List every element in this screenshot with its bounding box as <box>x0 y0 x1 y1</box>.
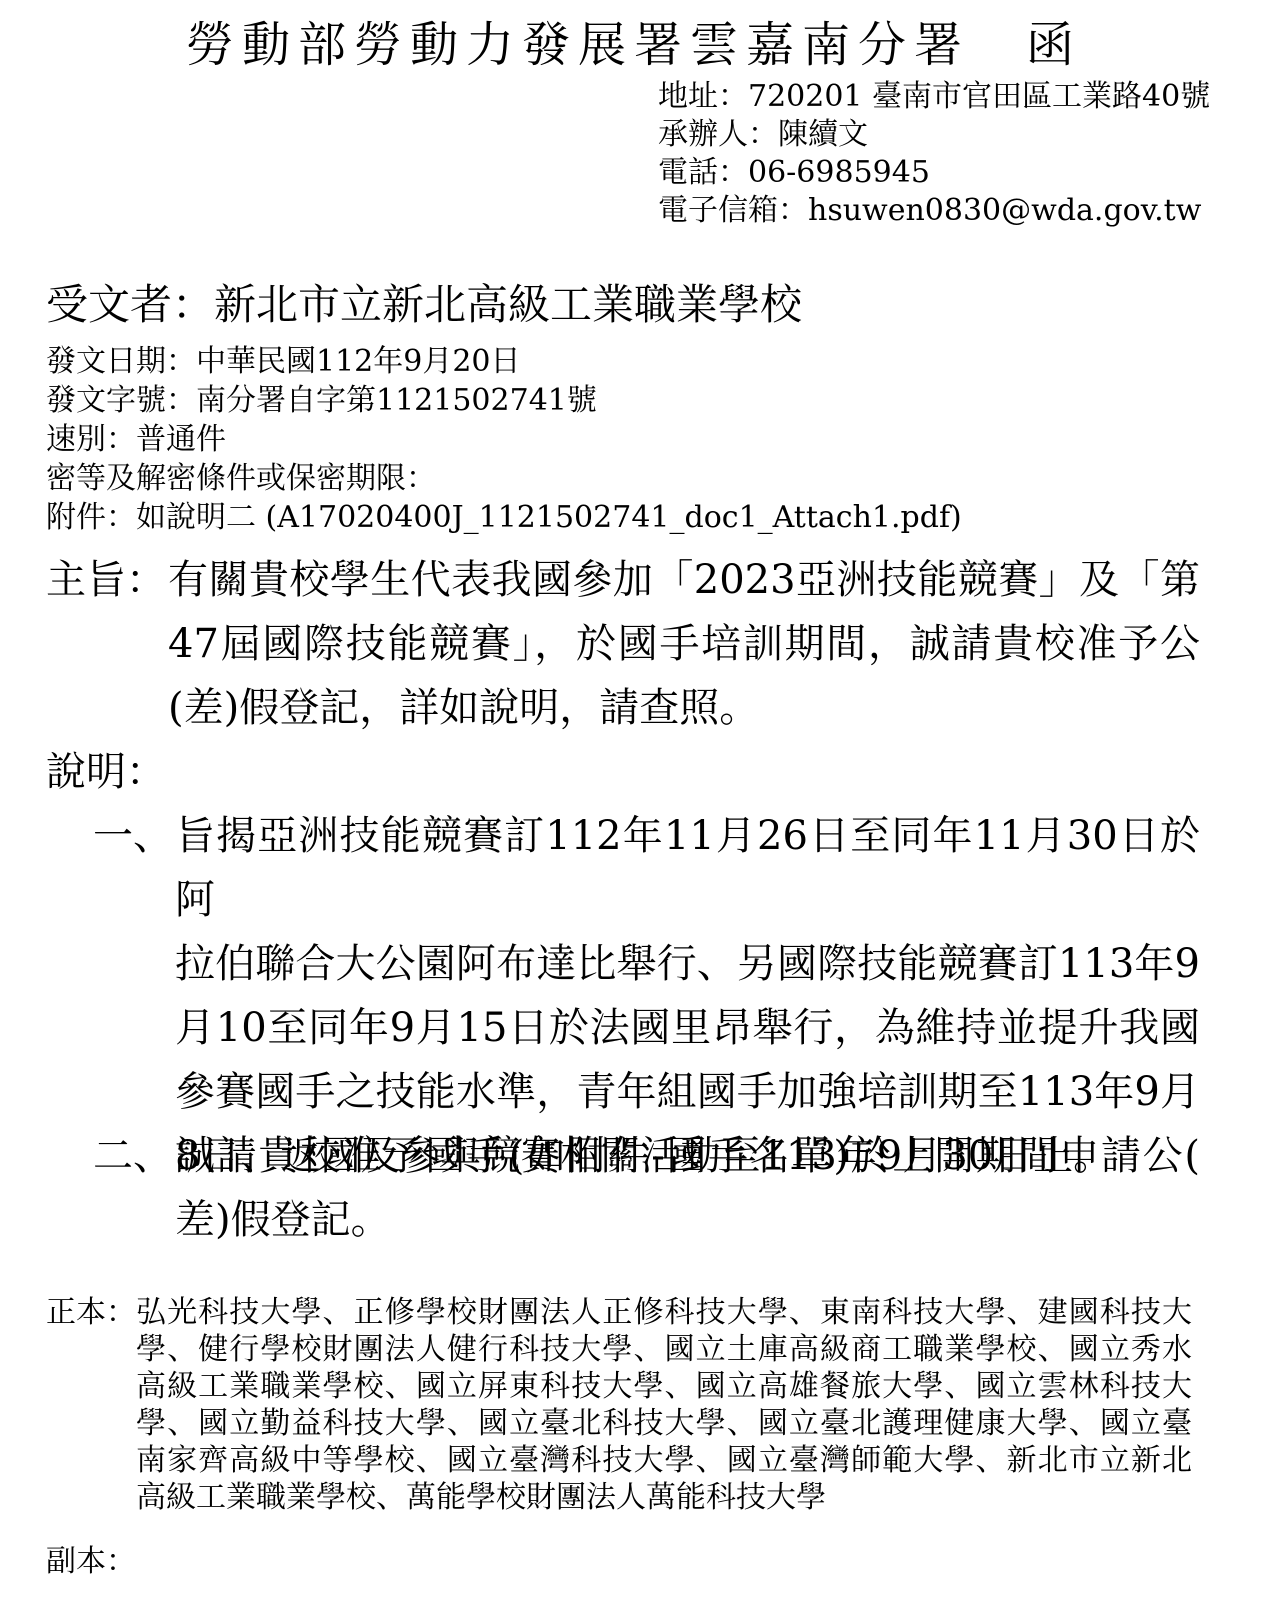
original-copy-list: 弘光科技大學、正修學校財團法人正修科技大學、東南科技大學、建國科技大 學、健行學… <box>136 1294 1192 1516</box>
item-2-text-line: 差)假登記。 <box>175 1188 1200 1252</box>
security-class-line: 密等及解密條件或保密期限： <box>46 459 962 498</box>
official-letter-page: 勞動部勞動力發展署雲嘉南分署 函 地址：720201 臺南市官田區工業路40號 … <box>0 0 1268 1600</box>
contact-email-line: 電子信箱：hsuwen0830@wda.gov.tw <box>658 192 1210 230</box>
contact-address-line: 地址：720201 臺南市官田區工業路40號 <box>658 78 1210 116</box>
subject-text-line: (差)假登記，詳如說明，請查照。 <box>168 676 1200 740</box>
description-item-2: 二、 誠請貴校准予國手(如附件-國手名單)於上開期間申請公( 差)假登記。 <box>93 1124 1200 1252</box>
original-copy-line: 學、國立勤益科技大學、國立臺北科技大學、國立臺北護理健康大學、國立臺 <box>136 1405 1192 1442</box>
description-label: 說明： <box>46 740 166 804</box>
item-1-text-line: 參賽國手之技能水準，青年組國手加強培訓期至113年9月 <box>175 1060 1200 1124</box>
subject-text: 有關貴校學生代表我國參加「2023亞洲技能競賽」及「第 47屆國際技能競賽」，於… <box>168 548 1200 740</box>
contact-person-line: 承辦人：陳續文 <box>658 116 1210 154</box>
cc-copy-label: 副本： <box>46 1536 136 1580</box>
attachment-line: 附件：如說明二 (A17020400J_1121502741_doc1_Atta… <box>46 498 962 537</box>
contact-phone-line: 電話：06-6985945 <box>658 154 1210 192</box>
recipient-line: 受文者：新北市立新北高級工業職業學校 <box>46 272 802 332</box>
subject-text-line: 有關貴校學生代表我國參加「2023亞洲技能競賽」及「第 <box>168 548 1200 612</box>
original-copy-line: 弘光科技大學、正修學校財團法人正修科技大學、東南科技大學、建國科技大 <box>136 1294 1192 1331</box>
original-copy-line: 高級工業職業學校、萬能學校財團法人萬能科技大學 <box>136 1479 1192 1516</box>
item-2-text: 誠請貴校准予國手(如附件-國手名單)於上開期間申請公( 差)假登記。 <box>175 1124 1200 1252</box>
letter-title: 勞動部勞動力發展署雲嘉南分署 函 <box>0 6 1268 75</box>
original-copy-line: 高級工業職業學校、國立屏東科技大學、國立高雄餐旅大學、國立雲林科技大 <box>136 1368 1192 1405</box>
item-2-marker: 二、 <box>93 1124 175 1252</box>
original-recipients-section: 正本： 弘光科技大學、正修學校財團法人正修科技大學、東南科技大學、建國科技大 學… <box>46 1294 1192 1516</box>
agency-contact-block: 地址：720201 臺南市官田區工業路40號 承辦人：陳續文 電話：06-698… <box>658 78 1210 230</box>
subject-label: 主旨： <box>46 548 168 740</box>
item-2-text-line: 誠請貴校准予國手(如附件-國手名單)於上開期間申請公( <box>175 1124 1200 1188</box>
speed-class-line: 速別：普通件 <box>46 420 962 459</box>
original-copy-line: 南家齊高級中等學校、國立臺灣科技大學、國立臺灣師範大學、新北市立新北 <box>136 1442 1192 1479</box>
subject-section: 主旨： 有關貴校學生代表我國參加「2023亞洲技能競賽」及「第 47屆國際技能競… <box>46 548 1200 740</box>
item-1-text-line: 月10至同年9月15日於法國里昂舉行，為維持並提升我國 <box>175 996 1200 1060</box>
original-copy-label: 正本： <box>46 1294 136 1516</box>
item-1-text-line: 拉伯聯合大公園阿布達比舉行、另國際技能競賽訂113年9 <box>175 932 1200 996</box>
issue-number-line: 發文字號：南分署自字第1121502741號 <box>46 381 962 420</box>
issue-date-line: 發文日期：中華民國112年9月20日 <box>46 342 962 381</box>
document-meta-block: 發文日期：中華民國112年9月20日 發文字號：南分署自字第1121502741… <box>46 342 962 537</box>
item-1-text-line: 旨揭亞洲技能競賽訂112年11月26日至同年11月30日於阿 <box>175 804 1200 932</box>
original-copy-line: 學、健行學校財團法人健行科技大學、國立土庫高級商工職業學校、國立秀水 <box>136 1331 1192 1368</box>
subject-text-line: 47屆國際技能競賽」，於國手培訓期間，誠請貴校准予公 <box>168 612 1200 676</box>
